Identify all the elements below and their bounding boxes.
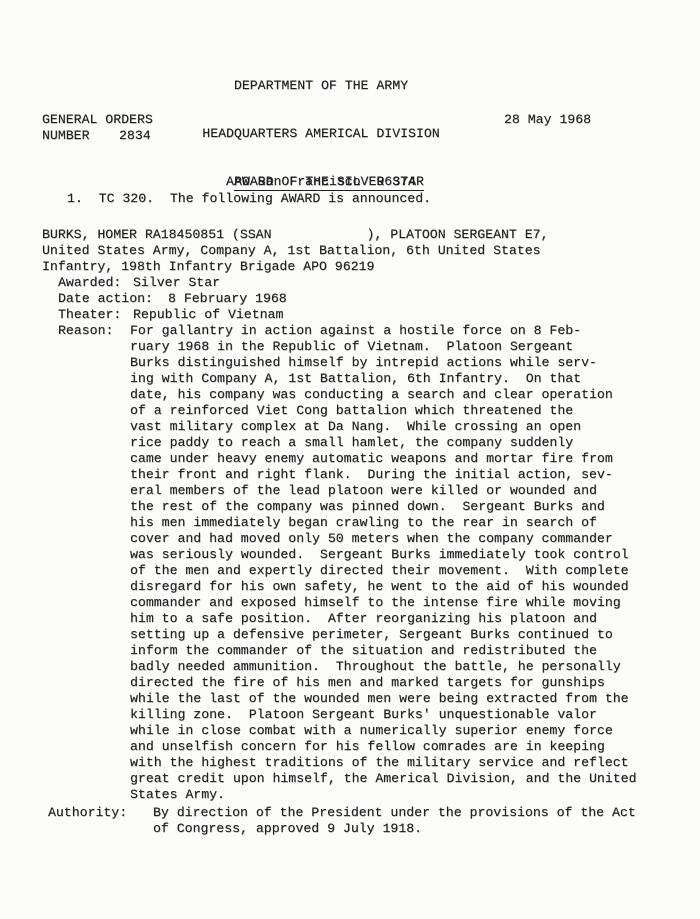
orders-number-label: NUMBER <box>42 128 89 144</box>
department-line: DEPARTMENT OF THE ARMY <box>0 78 642 94</box>
authority-text: By direction of the President under the … <box>153 805 636 837</box>
reason-text: For gallantry in action against a hostil… <box>130 323 636 803</box>
orders-date: 28 May 1968 <box>504 112 591 128</box>
date-action-value: 8 February 1968 <box>168 291 287 307</box>
headquarters-line: HEADQUARTERS AMERICAL DIVISION <box>0 126 642 142</box>
intro-line: 1. TC 320. The following AWARD is announ… <box>67 191 431 207</box>
general-orders-label: GENERAL ORDERS <box>42 112 153 128</box>
award-title-row: AWARD OF THE SILVER STAR <box>0 158 642 191</box>
authority-label: Authority: <box>48 805 127 821</box>
theater-label: Theater: <box>58 307 121 323</box>
document-page: { "doc": { "header": { "line1": "DEPARTM… <box>0 0 700 919</box>
awarded-label: Awarded: <box>58 275 121 291</box>
theater-value: Republic of Vietnam <box>133 307 283 323</box>
reason-label: Reason: <box>58 323 113 339</box>
awarded-value: Silver Star <box>133 275 220 291</box>
orders-number: 2834 <box>119 128 151 144</box>
date-action-label: Date action: <box>58 291 153 307</box>
recipient-block: BURKS, HOMER RA18450851 (SSAN ), PLATOON… <box>42 227 548 275</box>
award-title: AWARD OF THE SILVER STAR <box>234 174 424 191</box>
